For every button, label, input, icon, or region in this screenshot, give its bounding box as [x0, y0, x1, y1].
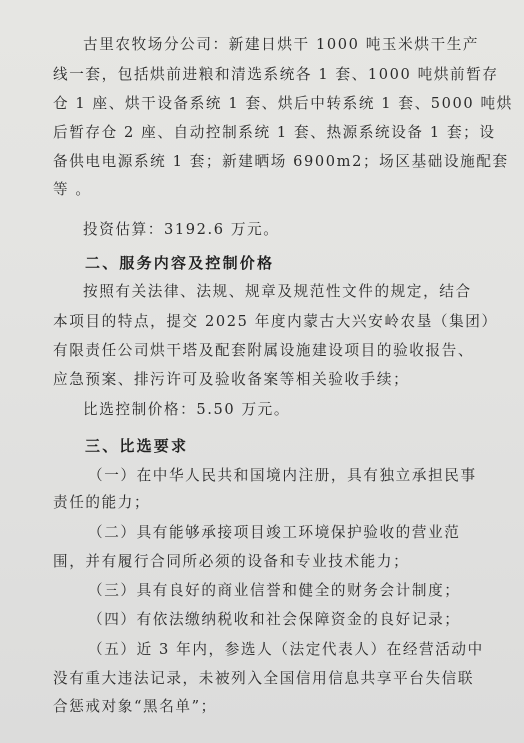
paragraph-line: 本项目的特点，提交 2025 年度内蒙古大兴安岭农垦（集团）	[53, 312, 498, 332]
requirement-item-2-cont: 围，并有履行合同所必须的设备和专业技术能力；	[53, 552, 409, 572]
requirement-item-5-cont: 没有重大违法记录，未被列入全国信用信息共享平台失信联	[53, 669, 474, 689]
requirement-item-5-cont: 合惩戒对象“黑名单”；	[53, 697, 217, 717]
paragraph-line: 后暂存仓 2 座、自动控制系统 1 套、热源系统设备 1 套；设	[53, 123, 496, 143]
section-heading-requirements: 三、比选要求	[85, 436, 188, 456]
paragraph-line: 备供电电源系统 1 套；新建晒场 6900m2；场区基础设施配套	[53, 152, 509, 172]
requirement-item-3: （三）具有良好的商业信誉和健全的财务会计制度；	[88, 581, 460, 601]
paragraph-line: 有限责任公司烘干塔及配套附属设施建设项目的验收报告、	[53, 341, 474, 361]
document-page: 古里农牧场分公司：新建日烘干 1000 吨玉米烘干生产 线一套，包括烘前进粮和清…	[0, 0, 524, 743]
requirement-item-1-cont: 责任的能力；	[53, 493, 150, 513]
paragraph-line: 仓 1 座、烘干设备系统 1 套、烘后中转系统 1 套、5000 吨烘	[53, 94, 513, 114]
paragraph-line: 古里农牧场分公司：新建日烘干 1000 吨玉米烘干生产	[83, 35, 479, 55]
requirement-item-5: （五）近 3 年内，参选人（法定代表人）在经营活动中	[88, 640, 484, 660]
section-heading-service-content: 二、服务内容及控制价格	[85, 253, 274, 273]
investment-estimate: 投资估算：3192.6 万元。	[83, 220, 279, 240]
requirement-item-1: （一）在中华人民共和国境内注册，具有独立承担民事	[88, 466, 477, 486]
paragraph-line: 按照有关法律、法规、规章及规范性文件的规定，结合	[83, 282, 472, 302]
paragraph-line: 线一套，包括烘前进粮和清选系统各 1 套、1000 吨烘前暂存	[53, 65, 499, 85]
control-price: 比选控制价格：5.50 万元。	[83, 400, 290, 420]
requirement-item-4: （四）有依法缴纳税收和社会保障资金的良好记录；	[88, 610, 460, 630]
paragraph-line: 应急预案、排污许可及验收备案等相关验收手续；	[53, 370, 409, 390]
paragraph-line: 等 。	[53, 180, 92, 200]
requirement-item-2: （二）具有能够承接项目竣工环境保护验收的营业范	[88, 523, 460, 543]
